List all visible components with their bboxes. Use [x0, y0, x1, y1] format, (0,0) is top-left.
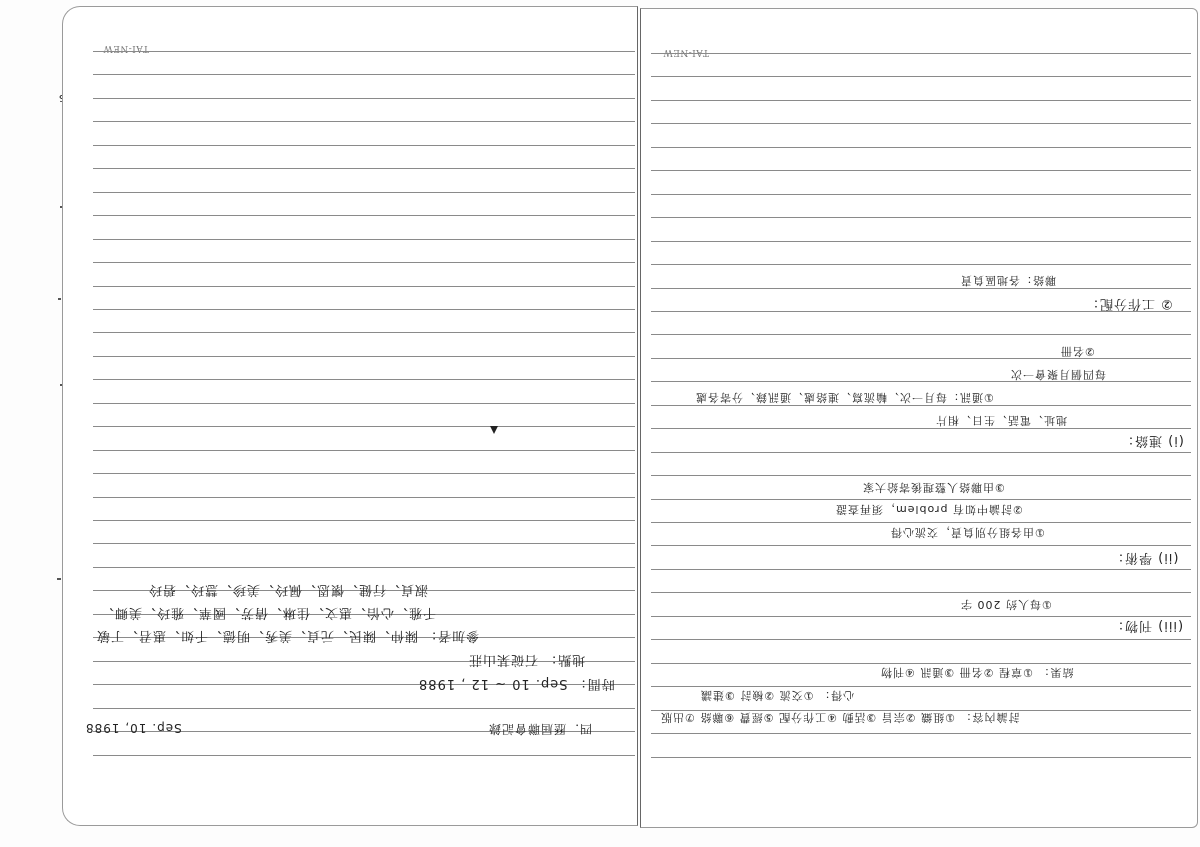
ruled-line — [93, 520, 635, 521]
notebook-brand-right: TAI-NEW — [663, 47, 709, 57]
right-section-ii-item-1: ①由各組分別負責，交流心得 — [890, 525, 1045, 541]
ruled-line — [93, 168, 635, 169]
ruled-line — [651, 194, 1191, 195]
right-section-i-item-3: 每四個月聚會一次 — [1010, 367, 1106, 383]
right-section-ii-item-3: ③由聯絡人整理後寄給大家 — [862, 480, 1005, 496]
ruled-line — [93, 497, 635, 498]
ruled-line — [651, 686, 1191, 687]
ruled-line — [93, 286, 635, 287]
right-section-2-item-1: 聯絡：各地區負責 — [960, 273, 1056, 289]
left-participants-3: 淑貞、行健、懷恩、佩玲、美珍、慧玲、碧玲 — [148, 582, 428, 601]
ruled-line — [93, 379, 635, 380]
ruled-line — [651, 592, 1191, 593]
ruled-line — [651, 334, 1191, 335]
ruled-line — [651, 76, 1191, 77]
ruled-line — [651, 499, 1191, 500]
ruled-line — [651, 381, 1191, 382]
ruled-line — [651, 241, 1191, 242]
ruled-line — [651, 522, 1191, 523]
right-agenda-2: 心得： ①交流 ②檢討 ③建議 — [700, 688, 854, 704]
ruled-line — [93, 450, 635, 451]
ruled-line — [93, 473, 635, 474]
ruled-line — [651, 428, 1191, 429]
ruled-line — [651, 663, 1191, 664]
ruled-line — [651, 170, 1191, 171]
ruled-line — [651, 475, 1191, 476]
left-date: Sep. 10, 1988 — [85, 721, 182, 735]
ruled-line — [651, 757, 1191, 758]
ruled-line — [651, 264, 1191, 265]
right-section-ii-item-2: ②討論中如有 problem，須再查證 — [835, 502, 1023, 518]
ruled-line — [93, 708, 635, 709]
left-participants-1: 參加者： 陳仲、陳民、元貞、美秀、明德、千如、惠君、丁敏 — [96, 628, 479, 647]
right-section-i-item-2: ①通訊：每月一次、輪流寫、連絡處、通訊錄、分寄各處 — [695, 390, 994, 406]
ruled-line — [651, 288, 1191, 289]
right-section-i-item-1: 地址、電話、生日、相片 — [935, 413, 1067, 429]
ruled-line — [93, 332, 635, 333]
right-section-i: (i) 連絡： — [1120, 433, 1184, 452]
ruled-line — [651, 733, 1191, 734]
ruled-line — [651, 53, 1191, 54]
ruled-line — [93, 309, 635, 310]
ruled-line — [93, 567, 635, 568]
margin-tick — [58, 298, 61, 300]
ruled-line — [93, 426, 635, 427]
ruled-line — [93, 543, 635, 544]
ruled-line — [651, 217, 1191, 218]
right-section-iii-item-1: ①每人約 200 字 — [960, 597, 1052, 613]
ruled-line — [651, 100, 1191, 101]
right-agenda-3: 結果： ①章程 ②名冊 ③通訊 ④刊物 — [880, 665, 1073, 681]
ruled-line — [93, 121, 635, 122]
ruled-line — [93, 51, 635, 52]
right-section-ii: (ii) 學術： — [1110, 550, 1179, 569]
ruled-line — [93, 215, 635, 216]
left-time: 時間： Sep. 10 ~ 12 , 1988 — [418, 676, 615, 695]
margin-tick — [57, 578, 61, 580]
left-margin-scan-marks: S — [0, 0, 60, 847]
ruled-line — [93, 356, 635, 357]
left-page: TAI-NEW — [62, 6, 638, 826]
ruled-line — [651, 616, 1191, 617]
ruled-line — [651, 123, 1191, 124]
right-section-i-item-4: ②名冊 — [1060, 344, 1095, 360]
right-agenda-1: 討論內容： ①組織 ②宗旨 ③活動 ④工作分配 ⑤經費 ⑥聯絡 ⑦出版 — [660, 710, 1020, 726]
ruled-line — [93, 98, 635, 99]
ruled-line — [651, 358, 1191, 359]
ruled-line — [93, 192, 635, 193]
right-section-iii: (iii) 刊物： — [1110, 618, 1183, 637]
left-participants-2: 千雅、心怡、惠文、佳琳、倩芳、國華、雅玲、美卿、 — [100, 605, 436, 624]
right-section-2: ② 工作分配： — [1085, 296, 1173, 315]
ruled-line — [93, 262, 635, 263]
ruled-line — [93, 145, 635, 146]
ruled-line — [651, 147, 1191, 148]
left-heading: 四．歷屆聯會記錄 — [488, 721, 592, 738]
ruled-line — [651, 639, 1191, 640]
ruled-line — [93, 403, 635, 404]
scanned-notebook-spread: S TAI-NEW TAI-NEW Sep. 10, 1988 四．歷屆聯會記錄… — [0, 0, 1200, 847]
ruled-line — [651, 569, 1191, 570]
ruled-line — [93, 74, 635, 75]
right-page: TAI-NEW — [640, 8, 1198, 828]
left-place: 地點： 石碇某山莊 — [468, 652, 585, 671]
ruled-line — [93, 239, 635, 240]
stray-ink-mark — [490, 426, 498, 434]
ruled-line — [651, 452, 1191, 453]
ruled-line — [93, 755, 635, 756]
ruled-line — [651, 545, 1191, 546]
